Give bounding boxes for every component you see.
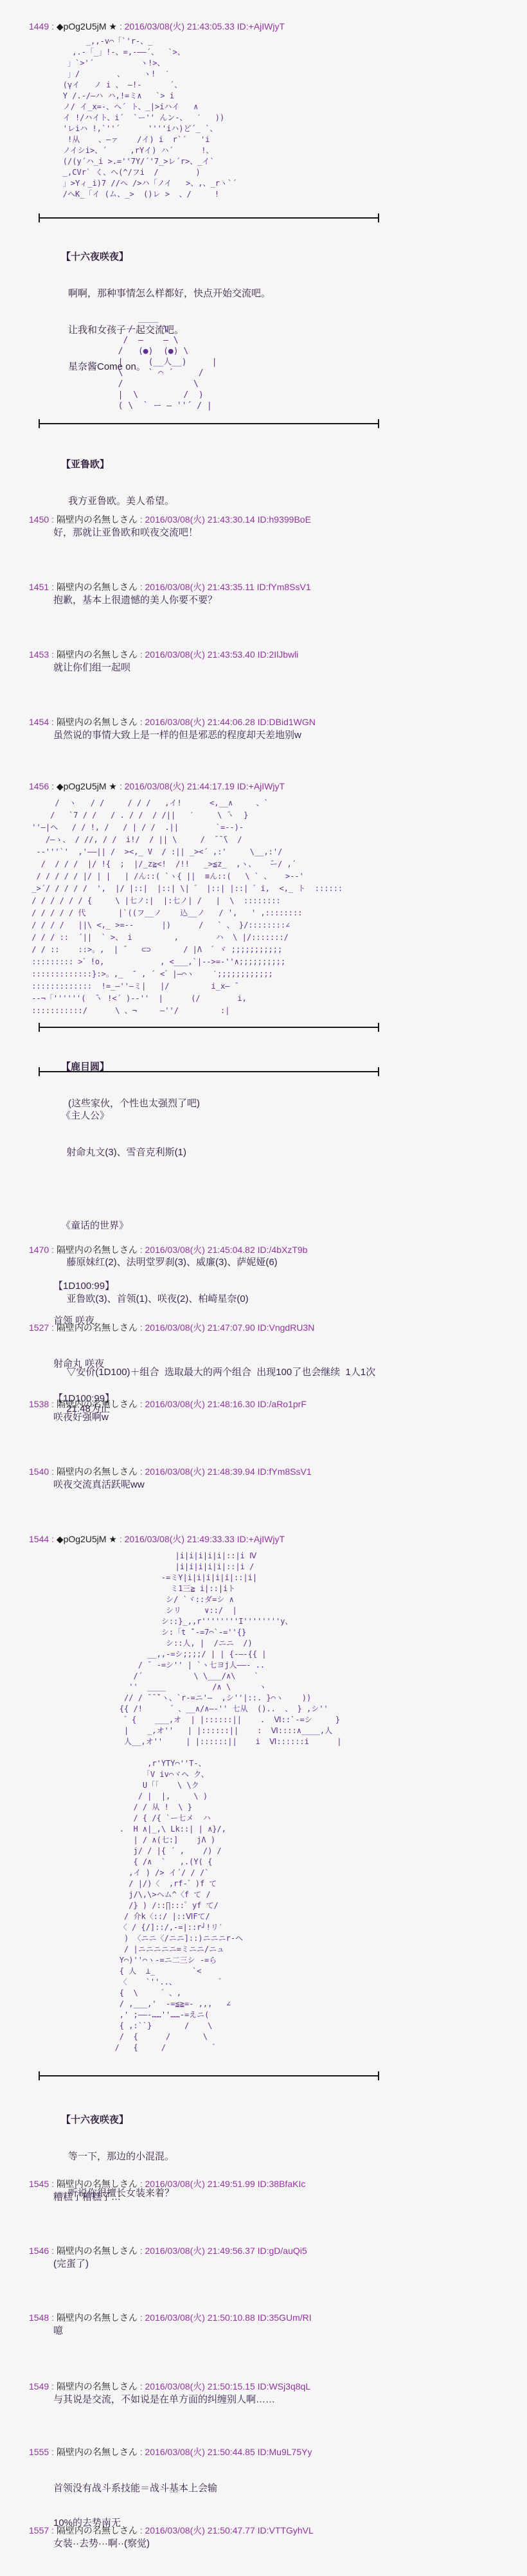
post-number: 1450 bbox=[29, 514, 49, 525]
separator: : bbox=[138, 2381, 145, 2391]
roster-line: 射命丸文(3)、雪音克利斯(1) bbox=[61, 1146, 375, 1158]
separator: : bbox=[49, 2179, 57, 2189]
post-body-1545: 糟糕了糟糕了… bbox=[53, 2192, 121, 2203]
post-author: 隔壁内の名無しさん bbox=[57, 717, 138, 727]
post-header-1450: 1450 : 隔壁内の名無しさん : 2016/03/08(火) 21:43:3… bbox=[29, 514, 311, 525]
post-meta: 2016/03/08(火) 21:49:51.99 ID:38BfaKIc bbox=[145, 2179, 306, 2189]
post-meta: 2016/03/08(火) 21:50:44.85 ID:Mu9L75Yy bbox=[145, 2447, 312, 2457]
post-header-1449: 1449 : ◆pOg2U5jM ★ : 2016/03/08(火) 21:43… bbox=[29, 21, 285, 32]
post-body-line: 【1D100:99】 bbox=[53, 1281, 114, 1292]
separator: : bbox=[138, 2246, 145, 2256]
separator: : bbox=[138, 2525, 145, 2535]
post-meta: 2016/03/08(火) 21:48:39.94 ID:fYm8SsV1 bbox=[145, 1466, 312, 1477]
separator: : bbox=[138, 649, 145, 660]
separator: : bbox=[49, 21, 57, 32]
post-header-1557: 1557 : 隔壁内の名無しさん : 2016/03/08(火) 21:50:4… bbox=[29, 2525, 314, 2536]
post-number: 1527 bbox=[29, 1322, 49, 1333]
post-author: 隔壁内の名無しさん bbox=[57, 649, 138, 660]
aa-divider bbox=[39, 2075, 379, 2076]
roster-line: 《主人公》 bbox=[61, 1110, 375, 1122]
separator: : bbox=[49, 1466, 57, 1477]
post-header-1453: 1453 : 隔壁内の名無しさん : 2016/03/08(火) 21:43:5… bbox=[29, 649, 298, 660]
post-author: 隔壁内の名無しさん bbox=[57, 1466, 138, 1477]
separator: : bbox=[49, 514, 57, 525]
post-author: 隔壁内の名無しさん bbox=[57, 1322, 138, 1333]
aa-divider bbox=[39, 217, 379, 219]
dialog-line: 等一下，那边的小混混。 bbox=[61, 2150, 174, 2163]
separator: : bbox=[49, 2525, 57, 2535]
post-author: ◆pOg2U5jM ★ bbox=[57, 21, 117, 32]
post-number: 1545 bbox=[29, 2179, 49, 2189]
separator: : bbox=[49, 582, 57, 592]
aa-divider bbox=[39, 1027, 379, 1028]
post-author: 隔壁内の名無しさん bbox=[57, 2246, 138, 2256]
post-author: 隔壁内の名無しさん bbox=[57, 2179, 138, 2189]
separator: : bbox=[49, 1245, 57, 1255]
post-body-line: 糟糕了糟糕了… bbox=[53, 2192, 121, 2203]
post-number: 1549 bbox=[29, 2381, 49, 2391]
separator: : bbox=[49, 2312, 57, 2323]
post-body-line: 虽然说的事情大致上是一样的但是邪恶的程度却天差地别w bbox=[53, 730, 301, 741]
roster-line bbox=[61, 1183, 375, 1195]
dialog-line: 啊啊，那种事情怎么样都好，快点开始交流吧。 bbox=[61, 287, 271, 300]
roster-line: 《童话的世界》 bbox=[61, 1220, 375, 1232]
post-header-1555: 1555 : 隔壁内の名無しさん : 2016/03/08(火) 21:50:4… bbox=[29, 2447, 312, 2458]
aa-divider bbox=[39, 423, 379, 424]
post-header-1456: 1456 : ◆pOg2U5jM ★ : 2016/03/08(火) 21:44… bbox=[29, 781, 285, 792]
post-meta: 2016/03/08(火) 21:48:16.30 ID:/aRo1prF bbox=[145, 1399, 307, 1409]
post-number: 1470 bbox=[29, 1245, 49, 1255]
separator: : bbox=[117, 1534, 125, 1544]
thread-page: 1449 : ◆pOg2U5jM ★ : 2016/03/08(火) 21:43… bbox=[0, 0, 527, 2576]
post-number: 1548 bbox=[29, 2312, 49, 2323]
post-body-1557: 女装··去势···啊··(察觉) bbox=[53, 2538, 150, 2550]
aa-divider bbox=[39, 1071, 379, 1072]
separator: : bbox=[117, 21, 125, 32]
dialog-speaker: 【十六夜咲夜】 bbox=[61, 251, 271, 263]
post-number: 1451 bbox=[29, 582, 49, 592]
post-body-line: 首领没有战斗系技能＝战斗基本上会输 bbox=[53, 2483, 217, 2494]
post-body-1454: 虽然说的事情大致上是一样的但是邪恶的程度却天差地别w bbox=[53, 730, 301, 741]
separator: : bbox=[138, 1399, 145, 1409]
post-body-1546: (完蛋了) bbox=[53, 2258, 89, 2270]
post-meta: 2016/03/08(火) 21:45:04.82 ID:/4bXzT9b bbox=[145, 1245, 308, 1255]
post-body-line: 咲夜交流真活跃呢ww bbox=[53, 1479, 145, 1491]
separator: : bbox=[49, 717, 57, 727]
post-author: 隔壁内の名無しさん bbox=[57, 1399, 138, 1409]
post-body-1540: 咲夜交流真活跃呢ww bbox=[53, 1479, 145, 1491]
post-header-1451: 1451 : 隔壁内の名無しさん : 2016/03/08(火) 21:43:3… bbox=[29, 582, 311, 593]
separator: : bbox=[138, 582, 145, 592]
separator: : bbox=[138, 1322, 145, 1333]
post-body-line: 就让你们组一起呗 bbox=[53, 662, 130, 674]
ascii-art-sakuya-bust: _,,-v⌒「`'r-、_ ,.-「_」!-、=,-――´、 `>、 」`>'´… bbox=[26, 36, 237, 200]
separator: : bbox=[138, 2312, 145, 2323]
post-header-1546: 1546 : 隔壁内の名無しさん : 2016/03/08(火) 21:49:5… bbox=[29, 2246, 307, 2256]
post-body-line: (完蛋了) bbox=[53, 2258, 89, 2270]
post-author: 隔壁内の名無しさん bbox=[57, 582, 138, 592]
separator: : bbox=[49, 1534, 57, 1544]
separator: : bbox=[49, 2447, 57, 2457]
post-meta: 2016/03/08(火) 21:50:47.77 ID:VTTGyhVL bbox=[145, 2525, 314, 2535]
ascii-art-two-figures: |i|i|i|i|i|::|i Ⅳ |i|i|i|i|i|::|i / -=ミY… bbox=[82, 1551, 342, 2053]
post-header-1527: 1527 : 隔壁内の名無しさん : 2016/03/08(火) 21:47:0… bbox=[29, 1322, 314, 1333]
post-number: 1557 bbox=[29, 2525, 49, 2535]
post-header-1549: 1549 : 隔壁内の名無しさん : 2016/03/08(火) 21:50:1… bbox=[29, 2381, 310, 2392]
post-number: 1538 bbox=[29, 1399, 49, 1409]
post-header-1548: 1548 : 隔壁内の名無しさん : 2016/03/08(火) 21:50:1… bbox=[29, 2312, 312, 2323]
post-header-1470: 1470 : 隔壁内の名無しさん : 2016/03/08(火) 21:45:0… bbox=[29, 1245, 307, 1256]
separator: : bbox=[49, 2246, 57, 2256]
post-meta: 2016/03/08(火) 21:43:53.40 ID:2IlJbwli bbox=[145, 649, 299, 660]
post-number: 1555 bbox=[29, 2447, 49, 2457]
post-body-line: 射命丸 咲夜 bbox=[53, 1358, 114, 1370]
post-header-1538: 1538 : 隔壁内の名無しさん : 2016/03/08(火) 21:48:1… bbox=[29, 1399, 307, 1410]
post-meta: 2016/03/08(火) 21:43:05.33 ID:+AjIWjyT bbox=[125, 21, 285, 32]
post-number: 1540 bbox=[29, 1466, 49, 1477]
separator: : bbox=[138, 1245, 145, 1255]
post-author: ◆pOg2U5jM ★ bbox=[57, 781, 117, 791]
post-author: 隔壁内の名無しさん bbox=[57, 1245, 138, 1255]
dialog-speaker: 【亚鲁欧】 bbox=[61, 458, 174, 471]
separator: : bbox=[49, 781, 57, 791]
post-header-1544: 1544 : ◆pOg2U5jM ★ : 2016/03/08(火) 21:49… bbox=[29, 1534, 285, 1545]
post-header-1540: 1540 : 隔壁内の名無しさん : 2016/03/08(火) 21:48:3… bbox=[29, 1466, 312, 1477]
post-body-line: 与其说是交流，不如说是在单方面的纠缠别人啊…… bbox=[53, 2394, 275, 2406]
post-author: 隔壁内の名無しさん bbox=[57, 2381, 138, 2391]
separator: : bbox=[49, 2381, 57, 2391]
post-body-1450: 好，那就让亚鲁欧和咲夜交流吧！ bbox=[53, 527, 198, 539]
post-header-1454: 1454 : 隔壁内の名無しさん : 2016/03/08(火) 21:44:0… bbox=[29, 717, 316, 728]
ascii-art-group-scene: / ヽ / / / / / ,イ! <,__∧ 、` / `7 / / / . … bbox=[27, 797, 343, 1017]
post-body-line: 抱歉，基本上很遗憾的美人你要不要？ bbox=[53, 595, 217, 606]
ascii-art-yaruo-face: ____ / \ / ― ― \ / (●) (●) \ | (__人__) |… bbox=[108, 313, 217, 411]
dialog-line: 我方亚鲁欧。美人希望。 bbox=[61, 495, 174, 507]
post-body-1549: 与其说是交流，不如说是在单方面的纠缠别人啊…… bbox=[53, 2394, 275, 2406]
dialog-speaker: 【十六夜咲夜】 bbox=[61, 2114, 174, 2126]
post-meta: 2016/03/08(火) 21:50:10.88 ID:35GUm/RI bbox=[145, 2312, 312, 2323]
post-meta: 2016/03/08(火) 21:49:33.33 ID:+AjIWjyT bbox=[125, 1534, 285, 1544]
post-body-line: 好，那就让亚鲁欧和咲夜交流吧！ bbox=[53, 527, 198, 539]
dialog-sakuya-2: 【十六夜咲夜】 等一下，那边的小混混。 听说你很擅长女装来着？ bbox=[61, 2089, 174, 2224]
post-author: ◆pOg2U5jM ★ bbox=[57, 1534, 117, 1544]
separator: : bbox=[138, 2447, 145, 2457]
post-meta: 2016/03/08(火) 21:47:07.90 ID:VngdRU3N bbox=[145, 1322, 315, 1333]
post-meta: 2016/03/08(火) 21:43:30.14 ID:h9399BoE bbox=[145, 514, 311, 525]
post-body-line: 噫 bbox=[53, 2325, 63, 2337]
separator: : bbox=[138, 2179, 145, 2189]
post-body-1538: 咲夜好强啊w bbox=[53, 1412, 109, 1423]
separator: : bbox=[138, 514, 145, 525]
post-number: 1449 bbox=[29, 21, 49, 32]
post-number: 1456 bbox=[29, 781, 49, 791]
separator: : bbox=[49, 649, 57, 660]
post-body-1548: 噫 bbox=[53, 2325, 63, 2337]
separator: : bbox=[49, 1322, 57, 1333]
post-body-1453: 就让你们组一起呗 bbox=[53, 662, 130, 674]
separator: : bbox=[117, 781, 125, 791]
post-number: 1546 bbox=[29, 2246, 49, 2256]
post-number: 1453 bbox=[29, 649, 49, 660]
post-author: 隔壁内の名無しさん bbox=[57, 2312, 138, 2323]
post-meta: 2016/03/08(火) 21:49:56.37 ID:gD/auQi5 bbox=[145, 2246, 307, 2256]
post-meta: 2016/03/08(火) 21:43:35.11 ID:fYm8SsV1 bbox=[145, 582, 311, 592]
separator: : bbox=[49, 1399, 57, 1409]
post-meta: 2016/03/08(火) 21:44:17.19 ID:+AjIWjyT bbox=[125, 781, 285, 791]
separator: : bbox=[138, 1466, 145, 1477]
post-body-line: 女装··去势···啊··(察觉) bbox=[53, 2538, 150, 2550]
post-author: 隔壁内の名無しさん bbox=[57, 2525, 138, 2535]
post-meta: 2016/03/08(火) 21:44:06.28 ID:DBid1WGN bbox=[145, 717, 316, 727]
post-author: 隔壁内の名無しさん bbox=[57, 2447, 138, 2457]
post-number: 1544 bbox=[29, 1534, 49, 1544]
post-number: 1454 bbox=[29, 717, 49, 727]
separator: : bbox=[138, 717, 145, 727]
post-header-1545: 1545 : 隔壁内の名無しさん : 2016/03/08(火) 21:49:5… bbox=[29, 2179, 305, 2190]
post-body-1451: 抱歉，基本上很遗憾的美人你要不要？ bbox=[53, 595, 217, 606]
post-author: 隔壁内の名無しさん bbox=[57, 514, 138, 525]
post-meta: 2016/03/08(火) 21:50:15.15 ID:WSj3q8qL bbox=[145, 2381, 311, 2391]
post-body-line: 咲夜好强啊w bbox=[53, 1412, 109, 1423]
